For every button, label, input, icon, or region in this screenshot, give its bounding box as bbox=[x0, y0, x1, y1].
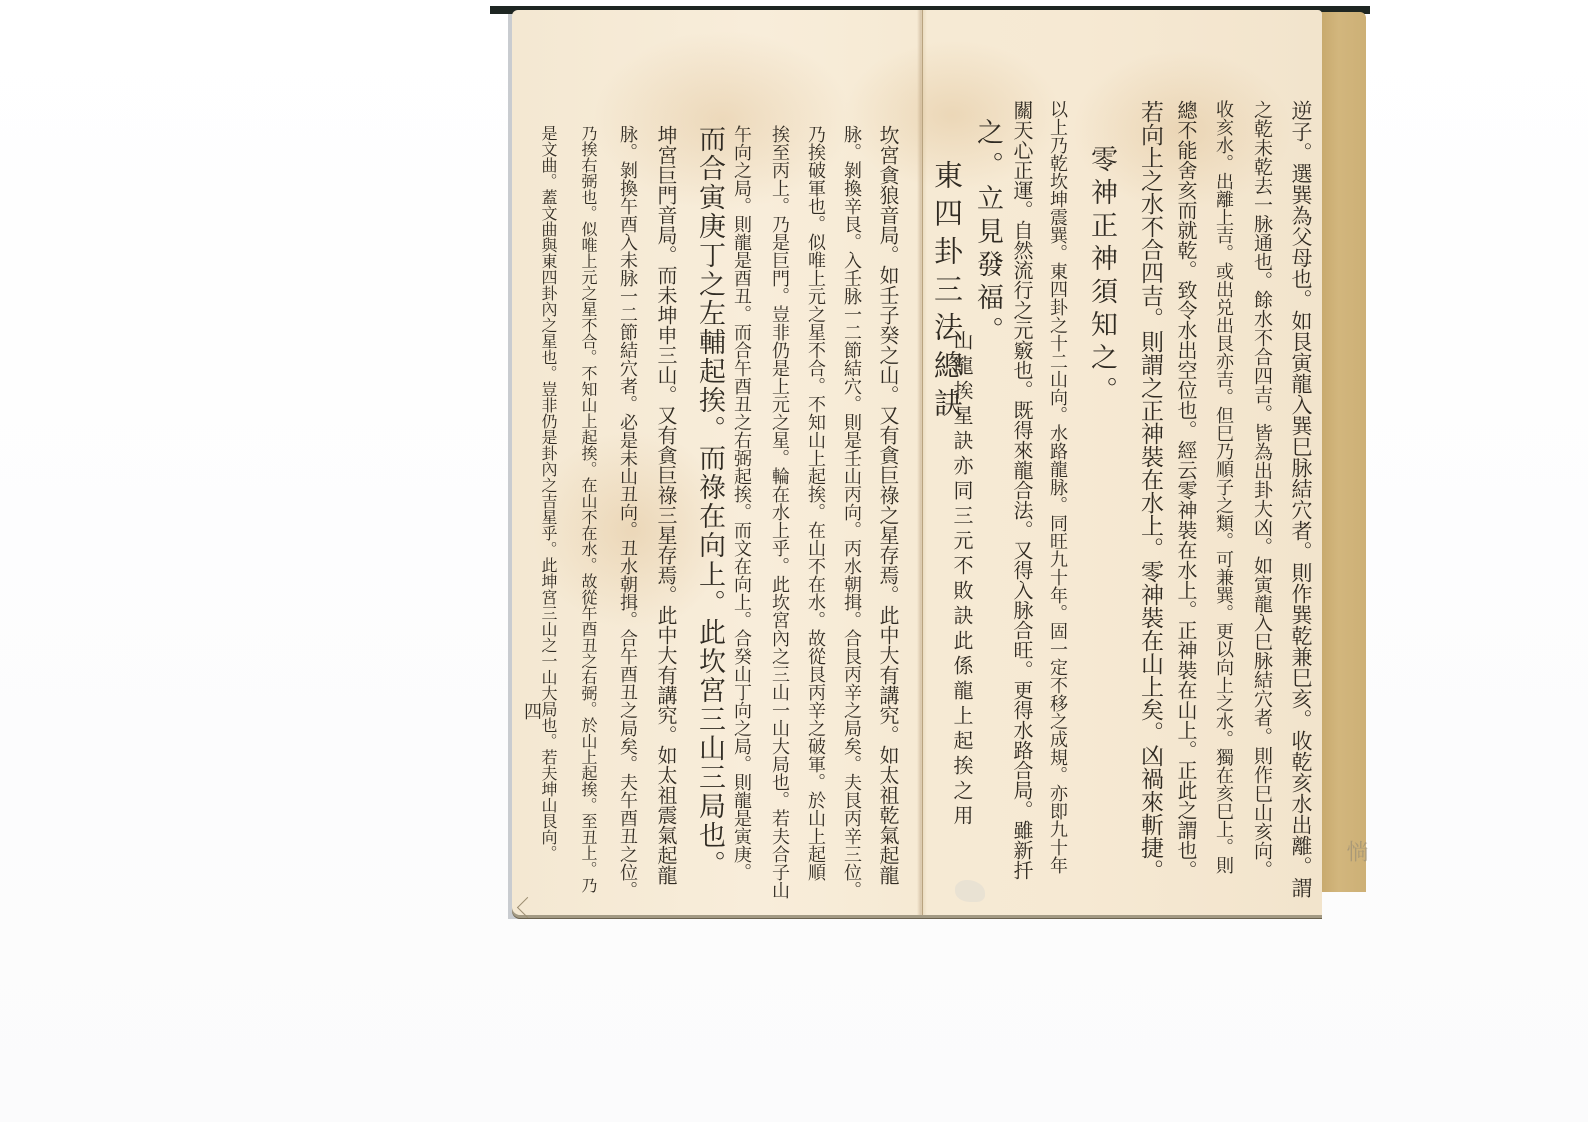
page-number: 四 bbox=[524, 698, 542, 724]
text-column: 收亥水。出離上吉。或出兑出艮亦吉。但巳乃順子之類。可兼巽。更以向上之水。獨在亥巳… bbox=[1214, 100, 1232, 874]
cover-pencil-mark: 惝 bbox=[1340, 840, 1371, 862]
text-column: 之。立見發福。 bbox=[974, 118, 1001, 349]
text-column: 坎宮貪狼音局。如壬子癸之山。又有貪巨祿之星存焉。此中大有講究。如太祖乾氣起龍 bbox=[878, 125, 898, 885]
book-cover-edge bbox=[1318, 12, 1366, 892]
text-column: 以上乃乾坎坤震巽。東四卦之十二山向。水路龍脉。同旺九十年。固一定不移之成規。亦即… bbox=[1048, 100, 1066, 874]
section-subheading: 零神正神須知之。 bbox=[1088, 145, 1115, 409]
text-column: 總不能舍亥而就乾。致令水出空位也。經云零神裝在水上。正神裝在山上。正此之謂也。 bbox=[1176, 100, 1196, 880]
text-column: 午向之局。則龍是酉丑。而合午酉丑之右弼起挨。而文在向上。合癸山丁向之局。則龍是寅… bbox=[732, 125, 750, 881]
text-column: 乃挨破軍也。似唯上元之星不合。不知山上起挨。在山不在水。故從艮丙辛之破軍。於山上… bbox=[806, 125, 824, 881]
text-column: 關天心正運。自然流行之元竅也。既得來龍合法。又得入脉合旺。更得水路合局。雖新扦 bbox=[1012, 100, 1032, 880]
heading-annotation: 山龍挨星訣亦同三元不敗訣此係龍上起挨之用 bbox=[952, 330, 972, 830]
text-column: 脉。剝換辛艮。入壬脉一二節結穴。則是壬山丙向。丙水朝揖。合艮丙辛之局矣。夫艮丙辛… bbox=[842, 125, 860, 899]
scan-edge bbox=[0, 0, 1588, 8]
text-column: 逆子。選巽為父母也。如艮寅龍入巽巳脉結穴者。則作巽乾兼巳亥。收乾亥水出離。謂 bbox=[1290, 100, 1311, 898]
text-column: 乃挨右弼也。似唯上元之星不合。不知山上起挨。在山不在水。故從午酉丑之右弼。於山上… bbox=[580, 125, 596, 893]
text-column: 是文曲。蓋文曲與東四卦內之星也。豈非仍是卦內之吉星乎。此坤宮三山之一山大局也。若… bbox=[540, 125, 556, 861]
gutter-line bbox=[922, 10, 923, 915]
text-column: 若向上之水不合四吉。則謂之正神裝在水上。零神裝在山上矣。凶禍來斬捷。 bbox=[1138, 100, 1161, 882]
text-column: 挨至丙上。乃是巨門。豈非仍是上元之星。輪在水上乎。此坎宮內之三山一山大局也。若夫… bbox=[770, 125, 788, 899]
text-column: 之乾未乾去一脉通也。餘水不合四吉。皆為出卦大凶。如寅龍入巳脉結穴者。則作巳山亥向… bbox=[1252, 100, 1271, 879]
text-column: 脉。剝換午酉入未脉一二節結穴者。必是未山丑向。丑水朝揖。合午酉丑之局矣。夫午酉丑… bbox=[618, 125, 636, 899]
text-column: 坤宮巨門音局。而未坤申三山。又有貪巨祿三星存焉。此中大有講究。如太祖震氣起龍 bbox=[656, 125, 676, 885]
text-column: 而合寅庚丁之左輔起挨。而祿在向上。此坎宮三山三局也。 bbox=[696, 125, 723, 879]
